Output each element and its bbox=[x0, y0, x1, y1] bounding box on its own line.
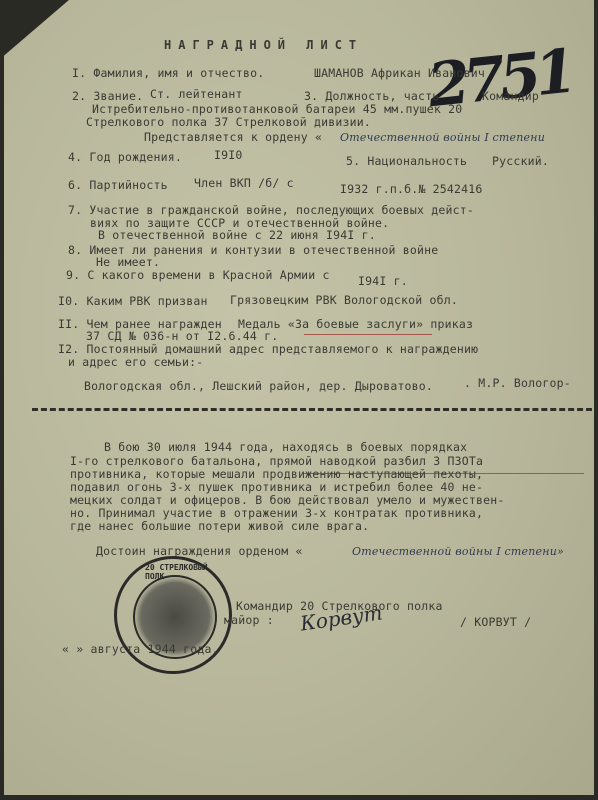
field-11-value-2: 37 СД № 036-н от I2.6.44 г. bbox=[86, 329, 278, 343]
page-title: НАГРАДНОЙ ЛИСТ bbox=[164, 38, 363, 52]
field-3-continued-1: Истребительно-противотанковой батареи 45… bbox=[92, 102, 462, 116]
field-2-label: 2. Звание. bbox=[72, 89, 143, 103]
field-4-value: I9I0 bbox=[214, 148, 243, 162]
narrative-line-3: противника, которые мешали продвижению н… bbox=[70, 467, 483, 481]
field-4-label: 4. Год рождения. bbox=[68, 150, 182, 164]
field-5-label: 5. Национальность bbox=[346, 154, 467, 168]
stamp-text: 20 СТРЕЛКОВЫЙ ПОЛК bbox=[145, 563, 229, 581]
signature-date: « » августа 1944 года. bbox=[62, 642, 219, 656]
field-2-value: Ст. лейтенант bbox=[150, 87, 243, 101]
field-7-label-1: 7. Участие в гражданской войне, последую… bbox=[68, 203, 474, 217]
conclusion-order-handwritten: Отечественной войны I степени» bbox=[352, 545, 564, 558]
field-1-label: I. Фамилия, имя и отчество. bbox=[72, 66, 264, 80]
narrative-line-5: мецких солдат и офицеров. В бою действов… bbox=[70, 493, 505, 507]
award-sheet-page: НАГРАДНОЙ ЛИСТ 2751 I. Фамилия, имя и от… bbox=[4, 0, 594, 795]
field-12-label-2: и адрес его семьи:- bbox=[68, 355, 203, 369]
field-10-value: Грязовецким РВК Вологодской обл. bbox=[230, 293, 458, 307]
narrative-line-7: где нанес большие потери живой силе враг… bbox=[70, 519, 369, 533]
narrative-line-6: но. Принимал участие в отражении 3-х кон… bbox=[70, 506, 483, 520]
narrative-line-4: подавил огонь 3-х пушек противника и ист… bbox=[70, 480, 483, 494]
narrative-line-1: В бою 30 июля 1944 года, находясь в боев… bbox=[104, 440, 467, 454]
field-3-label: 3. Должность, часть bbox=[304, 89, 439, 103]
field-3-continued-2: Стрелкового полка 37 Стрелковой дивизии. bbox=[86, 115, 371, 129]
section-divider bbox=[32, 408, 592, 411]
field-9-label: 9. С какого времени в Красной Армии с bbox=[66, 268, 330, 282]
signer-role-line-2: майор : bbox=[224, 613, 274, 627]
narrative-line-2: I-го стрелкового батальона, прямой навод… bbox=[70, 454, 483, 468]
field-6-label: 6. Партийность bbox=[68, 178, 168, 192]
regimental-stamp: 20 СТРЕЛКОВЫЙ ПОЛК bbox=[114, 556, 232, 674]
field-12-value: Вологодская обл., Лешский район, дер. Ды… bbox=[84, 379, 433, 393]
field-6-value-2: I932 г.п.б.№ 2542416 bbox=[340, 182, 482, 196]
field-12-prefix: . М.Р. Вологор- bbox=[464, 376, 571, 390]
field-12-label-1: I2. Постоянный домашний адрес представля… bbox=[58, 342, 478, 356]
signer-name: / КОРВУТ / bbox=[460, 615, 531, 629]
nominated-label: Представляется к ордену « bbox=[144, 130, 322, 144]
field-6-value: Член ВКП /б/ с bbox=[194, 176, 294, 190]
conclusion-label: Достоин награждения орденом « bbox=[96, 544, 303, 558]
field-3-value: Командир bbox=[482, 89, 539, 103]
field-9-value: I94I г. bbox=[358, 274, 408, 288]
field-5-value: Русский. bbox=[492, 154, 549, 168]
field-10-label: I0. Каким РВК призван bbox=[58, 294, 208, 308]
field-8-value: Не имеет. bbox=[96, 255, 160, 269]
field-1-value: ШАМАНОВ Африкан Иванович bbox=[314, 66, 485, 80]
field-7-value: В отечественной войне с 22 июня I94I г. bbox=[98, 228, 376, 242]
nominated-order-handwritten: Отечественной войны I степени bbox=[340, 131, 545, 144]
red-underline-medal bbox=[304, 334, 432, 335]
